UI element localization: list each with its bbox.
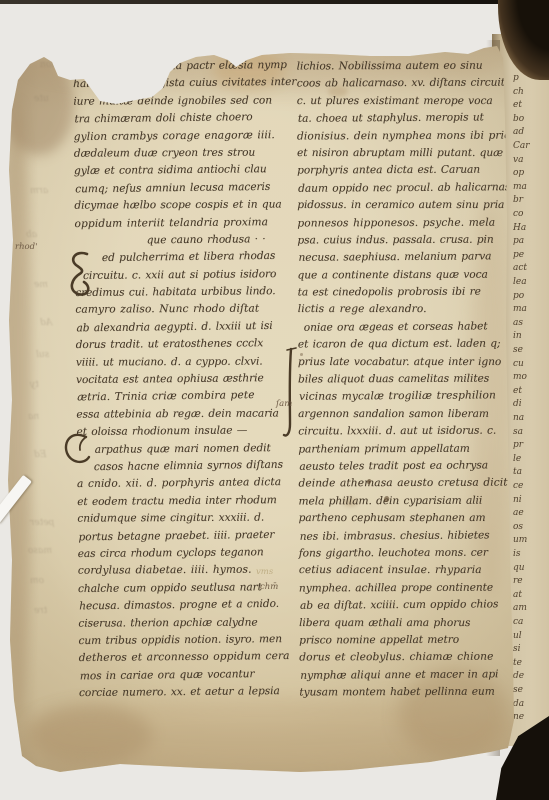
manuscript-line: oniae ora ægeas et corseas habet — [299, 318, 503, 337]
manuscript-line: cumq; neſus amniun lecusa maceris — [75, 178, 287, 198]
manuscript-line: camyro zaliso. Nunc rhodo diſtat — [75, 301, 287, 320]
bleed-through-mark: Ad — [40, 318, 52, 328]
bleed-through-mark: sul — [36, 350, 49, 360]
next-page-line-fragment: act — [513, 262, 549, 275]
photo-background: { "manuscript": { "title": "Latin manusc… — [0, 0, 549, 800]
manuscript-line: circuitu. lxxxiii. d. aut ut isidorus. c… — [298, 423, 502, 441]
manuscript-line: detheros et arconnesso oppidum cera — [79, 648, 291, 667]
ink-blot — [384, 496, 389, 502]
next-page-line-fragment: et — [513, 99, 549, 112]
manuscript-line: lictis a rege alexandro. — [298, 301, 502, 318]
bleed-through-mark: me — [34, 280, 48, 290]
manuscript-line: cnidumque sime cingitur. xxxiii. d. — [77, 510, 289, 529]
manuscript-line: eas circa rhodum cyclops teganon — [78, 544, 290, 563]
next-page-line-fragment: op — [513, 167, 549, 180]
next-page-line-fragment: va — [513, 154, 549, 167]
manuscript-line: dionisius. dein nymphea mons ibi prion — [297, 127, 501, 145]
next-page-line-fragment: bo — [513, 113, 549, 126]
manuscript-line: et oloissa rhodionum insulae — — [76, 422, 288, 441]
manuscript-line: daum oppido nec procul. ab halicarnaso — [298, 179, 502, 198]
next-page-line-fragment: mo — [513, 371, 549, 384]
manuscript-line: mela phillam. dein cyparisiam alii — [298, 492, 502, 510]
next-page-line-fragment: ni — [513, 494, 549, 507]
next-page-line-fragment: lea — [513, 276, 549, 289]
next-page-line-fragment: pr — [513, 439, 549, 452]
next-page-line-fragment: ch — [513, 86, 549, 99]
bleed-through-mark: ab — [26, 230, 37, 240]
next-page-line-fragment: is — [513, 548, 549, 561]
manuscript-line: dicymae hælbo scope cospis et in qua — [74, 197, 286, 216]
manuscript-line: viiii. ut muciano. d. a cyppo. clxvi. — [76, 353, 288, 372]
next-page-line-fragment: as — [513, 317, 549, 330]
manuscript-line: et icaron de qua dictum est. laden q; — [298, 336, 502, 354]
manuscript-line: oppidum interiit telandria proxima — [74, 214, 286, 233]
next-page-line-fragment: ma — [513, 181, 549, 194]
manuscript-line: cetius adiacent insulae. rhyparia — [299, 562, 503, 579]
next-page-line-fragment: si — [513, 643, 549, 656]
next-page-line-fragment: ad — [513, 126, 549, 139]
next-page-line-fragment: ca — [513, 616, 549, 629]
manuscript-line: essa attebinia ab regæ. dein macaria — [76, 405, 288, 424]
manuscript-line: ætria. Trinia criæ combira pete — [77, 387, 289, 407]
next-page-line-fragment: pa — [513, 235, 549, 248]
next-page-line-fragment: na — [513, 412, 549, 425]
bleed-through-mark: Ed — [34, 450, 46, 460]
manuscript-line: corciae numero. xx. et aetur a lepsia — [79, 683, 291, 702]
manuscript-leaf: cum oppido leucolla pactr elæsia nymphai… — [0, 0, 549, 800]
next-page-line-fragment: um — [513, 534, 549, 547]
manuscript-line: ponnesos hipponesos. psyche. mela — [297, 214, 501, 232]
manuscript-line: partheno cephusam stephanen am — [299, 510, 503, 527]
text-column-left: cum oppido leucolla pactr elæsia nymphai… — [73, 57, 291, 702]
manuscript-line: a cnido. xii. d. porphyris antea dicta — [77, 474, 289, 493]
manuscript-line: dorus et cleobylus. chiamæ chione — [299, 649, 503, 667]
manuscript-line: dædaleum duæ cryeon tres strou — [74, 144, 286, 163]
manuscript-line: necusa. saephiusa. melanium parva — [298, 249, 502, 268]
manuscript-line: argennon sandalion samon liberam — [298, 406, 502, 423]
manuscript-line: gylion crambys corage enagoræ iiii. — [74, 127, 286, 146]
next-page-line-fragment: pe — [513, 249, 549, 262]
manuscript-line: et eodem tractu media inter rhodum — [77, 492, 289, 511]
marginal-note-rhodus: rhod' — [15, 243, 37, 252]
initial-letter-c — [61, 430, 95, 468]
next-page-line-fragment: ma — [513, 303, 549, 316]
text-column-right: lichios. Nobilissima autem eo sinucoos a… — [297, 58, 504, 702]
manuscript-line: dorus tradit. ut eratosthenes ccclx — [76, 335, 288, 354]
manuscript-line: credimus cui. habitata urbibus lindo. — [75, 283, 287, 302]
bleed-through-mark: peter — [30, 518, 54, 528]
next-page-line-fragment: ce — [513, 480, 549, 493]
manuscript-line: prisco nomine appellat metro — [299, 631, 503, 649]
next-page-line-fragment: ul — [513, 630, 549, 643]
manuscript-line: deinde athemasa aeusto cretusa dicit — [298, 475, 502, 493]
bleed-through-mark: maso — [28, 546, 52, 556]
manuscript-line: ta est cinedopolis probrosis ibi re — [298, 284, 502, 302]
manuscript-line: libera quam æthali ama phorus — [299, 614, 503, 631]
marginal-note-samos: ſam — [276, 400, 292, 409]
next-page-line-fragment: po — [513, 290, 549, 303]
next-page-line-fragment: at — [513, 589, 549, 602]
initial-letter-i — [283, 346, 299, 440]
manuscript-line: et nisiron abruptam milli putant. quæ — [297, 145, 501, 162]
manuscript-line: psa. cuius indus. passala. crusa. pin — [297, 231, 501, 249]
next-page-line-fragment: se — [513, 684, 549, 697]
manuscript-line: pidossus. in ceramico autem sinu pria — [297, 197, 501, 214]
next-page-line-fragment: Car — [513, 140, 549, 153]
next-page-line-fragment: te — [513, 657, 549, 670]
ink-blot — [300, 353, 303, 356]
bleed-through-mark: non — [40, 60, 57, 70]
manuscript-line: porphyris antea dicta est. Caruan — [297, 162, 501, 180]
bleed-through-mark: tre — [34, 606, 47, 616]
manuscript-line: hais macris. megista cuius civitates int… — [73, 74, 285, 93]
ink-blot — [367, 479, 371, 484]
manuscript-line: cum oppido leucolla pactr elæsia nymp — [73, 57, 285, 76]
photo-frame-strip — [0, 0, 549, 4]
parchment-stain — [28, 704, 152, 766]
marginal-note-faded: vms — [256, 568, 273, 577]
manuscript-line: ed pulcherrima et libera rhodas — [76, 248, 288, 268]
manuscript-line: aeusto teles tradit post ea ochrysa — [299, 457, 503, 476]
manuscript-line: nymphæ aliqui anne et macer in api — [300, 666, 504, 685]
bleed-through-mark: ty — [30, 380, 39, 390]
faint-pencil-mark — [430, 28, 456, 33]
manuscript-line: fons gigartho. leuchotea mons. cer — [299, 544, 503, 562]
manuscript-line: ta. choea ut staphylus. meropis ut — [298, 109, 502, 128]
manuscript-line: hecusa. dimastos. progne et a cnido. — [79, 596, 291, 616]
next-page-line-fragment: et — [513, 385, 549, 398]
next-page-line-fragment: cu — [513, 358, 549, 371]
manuscript-line: prius late vocabatur. atque inter igno — [298, 354, 502, 371]
next-page-line-fragment: os — [513, 521, 549, 534]
next-page-line-fragment: de — [513, 670, 549, 683]
manuscript-line: tyusam montem habet pellinna eum — [299, 684, 503, 702]
bleed-through-mark: om — [30, 576, 44, 586]
manuscript-line: iure multæ deinde ignobiles sed con — [73, 92, 285, 111]
next-page-line-fragment: se — [513, 344, 549, 357]
bleed-through-mark: arm — [30, 186, 48, 196]
manuscript-line: partheniam primum appellatam — [298, 440, 502, 458]
next-page-line-fragment: br — [513, 194, 549, 207]
next-page-line-fragment: sa — [513, 426, 549, 439]
bleed-through-mark: ute — [34, 94, 49, 104]
manuscript-line: biles aliquot duas camelitas milites — [298, 371, 502, 389]
manuscript-line: ab alexandria aegypti. d. lxxiii ut isi — [76, 317, 288, 337]
next-page-line-fragment: le — [513, 453, 549, 466]
manuscript-line: c. ut plures existimant merope voca — [297, 93, 501, 110]
next-page-line-fragment: am — [513, 602, 549, 615]
manuscript-line: casos hacne elimnia syrnos diſtans — [78, 457, 290, 477]
manuscript-line: nymphea. achillea prope continente — [299, 579, 503, 597]
next-page-line-fragment: Ha — [513, 222, 549, 235]
marginal-note-chios: chm̄ — [260, 583, 278, 592]
next-page-line-fragment: qu — [513, 562, 549, 575]
next-page-line-fragment: ta — [513, 466, 549, 479]
manuscript-line: ciserusa. therion apchiæ calydne — [78, 614, 290, 633]
manuscript-line: circuitu. c. xxii aut si potius isidoro — [75, 266, 287, 285]
next-page-line-fragment: di — [513, 398, 549, 411]
manuscript-line: que a continente distans quæ voca — [298, 266, 502, 284]
manuscript-line: tra chimæram doli chiste choero — [74, 109, 286, 129]
next-page-line-fragment: re — [513, 575, 549, 588]
next-page-line-fragment: da — [513, 698, 549, 711]
manuscript-line: portus betagne praebet. iiii. praeter — [78, 526, 290, 546]
manuscript-line: vicinas mycalæ trogiliæ tresphilion — [299, 388, 503, 407]
manuscript-line: nes ibi. imbrasus. chesius. hibietes — [300, 527, 504, 546]
next-page-line-fragment: ae — [513, 507, 549, 520]
bleed-through-mark: na — [28, 412, 39, 422]
next-page-line-fragment: in — [513, 330, 549, 343]
parchment-stain — [5, 100, 31, 720]
initial-letter-s — [66, 249, 96, 301]
manuscript-line: gylæ et contra sidima antiochi clau — [74, 161, 286, 180]
manuscript-line: ab ea diſtat. xciiii. cum oppido chios — [300, 596, 504, 615]
manuscript-line: cum tribus oppidis notion. isyro. men — [78, 631, 290, 650]
manuscript-line: mos in cariae ora quæ vocantur — [80, 665, 292, 685]
next-page-line-fragment: co — [513, 208, 549, 221]
manuscript-line: coos ab halicarnaso. xv. diſtans circuit… — [297, 75, 501, 93]
manuscript-line: lichios. Nobilissima autem eo sinu — [297, 58, 501, 76]
